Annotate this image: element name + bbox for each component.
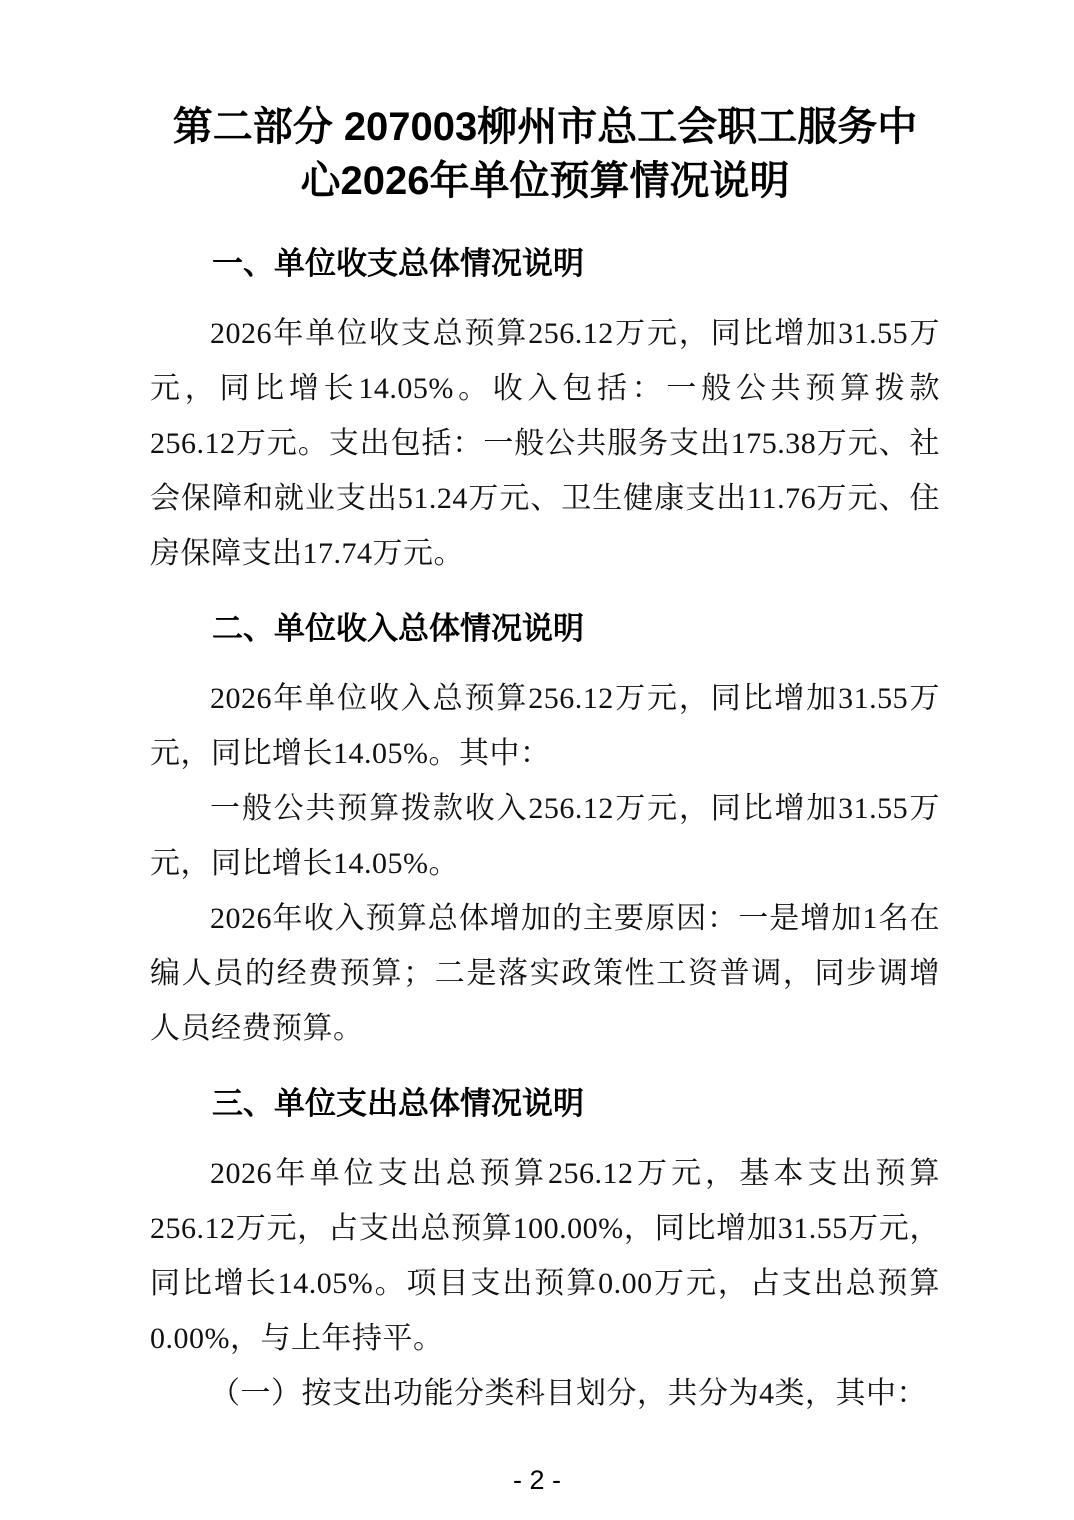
- section-heading-income-expenditure-overview: 一、单位收支总体情况说明: [150, 244, 940, 284]
- document-title: 第二部分 207003柳州市总工会职工服务中心2026年单位预算情况说明: [155, 100, 935, 208]
- section-heading-income-overview: 二、单位收入总体情况说明: [150, 609, 940, 649]
- page-number: - 2 -: [0, 1465, 1074, 1496]
- paragraph: 2026年收入预算总体增加的主要原因：一是增加1名在编人员的经费预算；二是落实政…: [150, 891, 940, 1056]
- paragraph: 一般公共预算拨款收入256.12万元，同比增加31.55万元，同比增长14.05…: [150, 781, 940, 891]
- paragraph: 2026年单位收支总预算256.12万元，同比增加31.55万元，同比增长14.…: [150, 306, 940, 581]
- paragraph: 2026年单位支出总预算256.12万元，基本支出预算256.12万元，占支出总…: [150, 1146, 940, 1366]
- document-page: 第二部分 207003柳州市总工会职工服务中心2026年单位预算情况说明 一、单…: [0, 0, 1074, 1520]
- paragraph: 2026年单位收入总预算256.12万元，同比增加31.55万元，同比增长14.…: [150, 671, 940, 781]
- document-content: 第二部分 207003柳州市总工会职工服务中心2026年单位预算情况说明 一、单…: [0, 0, 1074, 1421]
- paragraph: （一）按支出功能分类科目划分，共分为4类，其中：: [150, 1366, 940, 1421]
- section-heading-expenditure-overview: 三、单位支出总体情况说明: [150, 1084, 940, 1124]
